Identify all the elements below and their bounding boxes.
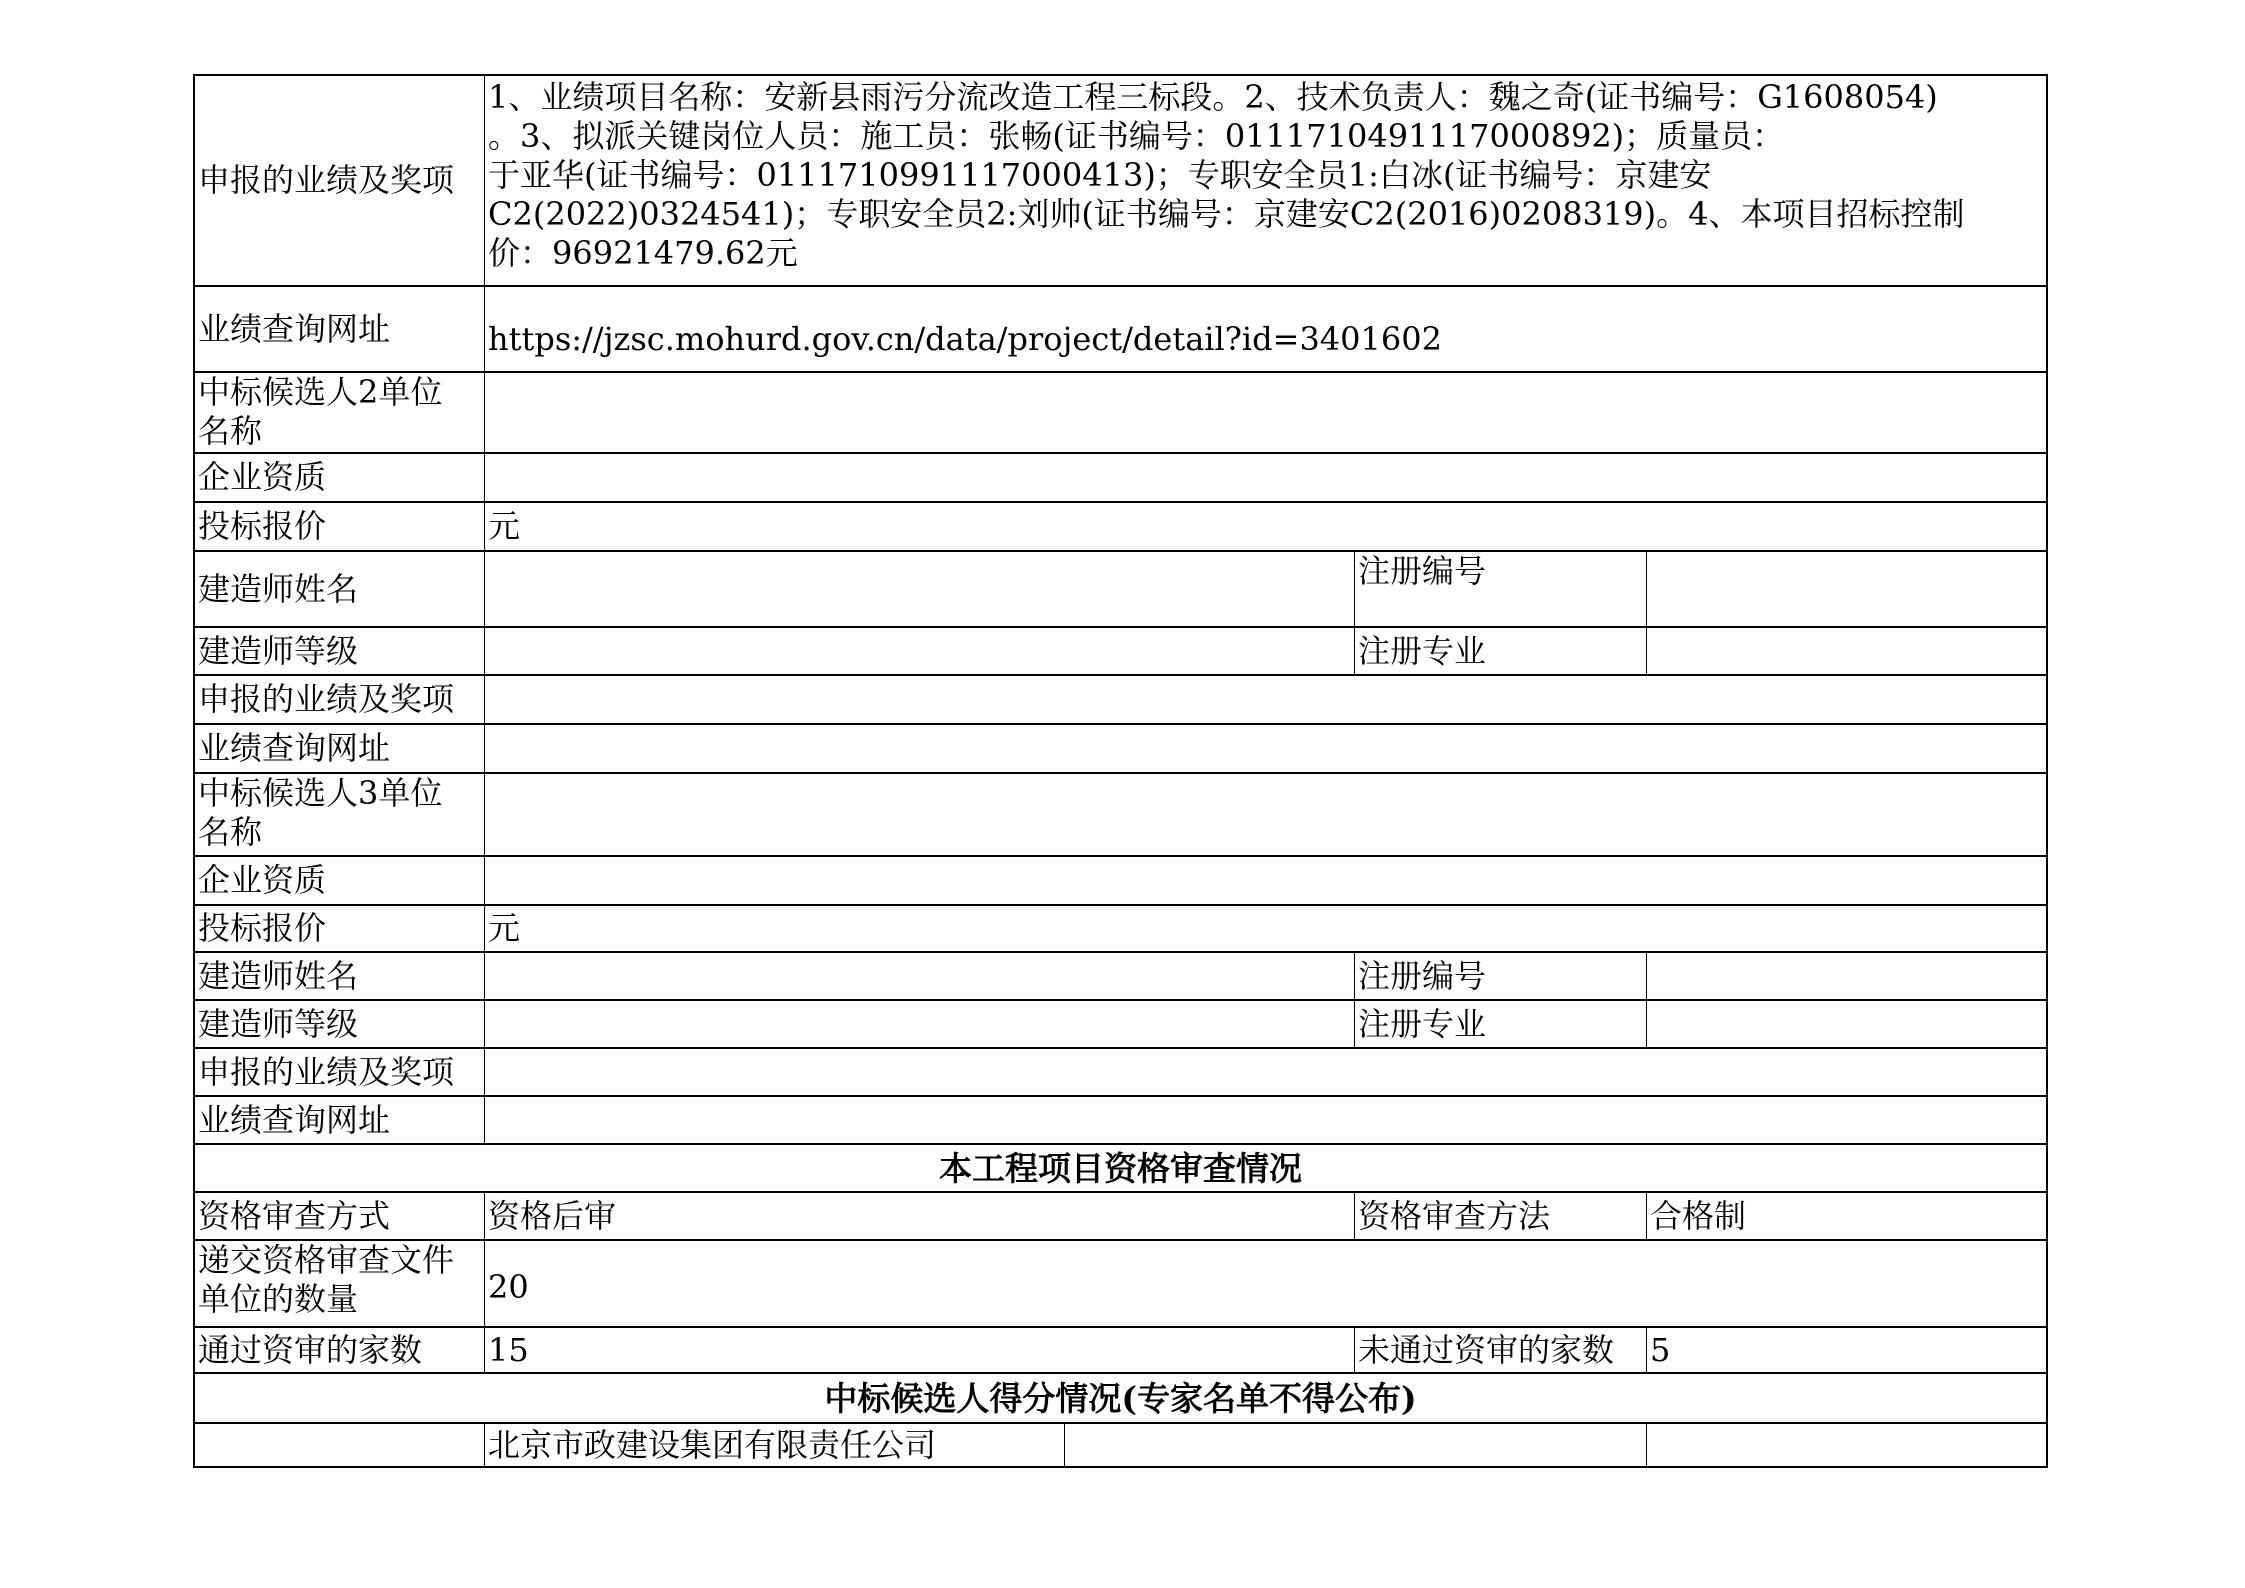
c2-qualification-label: 企业资质 [195, 454, 485, 501]
passed-label: 通过资审的家数 [195, 1328, 485, 1372]
c1-performance-value: 1、业绩项目名称：安新县雨污分流改造工程三标段。2、技术负责人：魏之奇(证书编号… [485, 76, 2046, 285]
review-mode-label: 资格审查方式 [195, 1193, 485, 1239]
c3-builder-level-label: 建造师等级 [195, 1001, 485, 1047]
scoring-row: 北京市政建设集团有限责任公司 [193, 1422, 2048, 1468]
c3-performance-value [485, 1049, 2046, 1095]
c2-bid-label: 投标报价 [195, 503, 485, 550]
c3-builder-level-value [485, 1001, 1355, 1047]
c3-builder-level-row: 建造师等级 注册专业 [193, 999, 2048, 1047]
c3-reg-no-value [1647, 953, 2046, 999]
scoring-company-name: 北京市政建设集团有限责任公司 [485, 1424, 1065, 1466]
scoring-cell-2 [1065, 1424, 1647, 1466]
failed-label: 未通过资审的家数 [1355, 1328, 1647, 1372]
c2-bid-value: 元 [485, 503, 2046, 550]
submitted-count-row: 递交资格审查文件 单位的数量 20 [193, 1239, 2048, 1326]
c3-performance-label: 申报的业绩及奖项 [195, 1049, 485, 1095]
c3-bid-label: 投标报价 [195, 906, 485, 951]
c2-name-label: 中标候选人2单位 名称 [195, 373, 485, 452]
scoring-cell-3 [1647, 1424, 2046, 1466]
submitted-count-value: 20 [485, 1241, 2046, 1326]
c3-name-value [485, 774, 2046, 855]
c1-url-label: 业绩查询网址 [195, 287, 485, 371]
c3-url-row: 业绩查询网址 [193, 1095, 2048, 1143]
performance-line: C2(2022)0324541)；专职安全员2:刘帅(证书编号：京建安C2(20… [488, 195, 2043, 234]
c2-qualification-value [485, 454, 2046, 501]
c2-qualification-row: 企业资质 [193, 452, 2048, 501]
c3-builder-name-row: 建造师姓名 注册编号 [193, 951, 2048, 999]
c2-builder-level-value [485, 628, 1355, 674]
passed-value: 15 [485, 1328, 1355, 1372]
label-line: 中标候选人3单位 [198, 774, 481, 813]
scoring-cell-0 [195, 1424, 485, 1466]
c2-builder-name-row: 建造师姓名 注册编号 [193, 550, 2048, 626]
c3-qualification-value [485, 857, 2046, 904]
c3-qualification-label: 企业资质 [195, 857, 485, 904]
c3-url-value [485, 1097, 2046, 1143]
c1-url-link[interactable]: https://jzsc.mohurd.gov.cn/data/project/… [485, 287, 2046, 371]
c3-name-row: 中标候选人3单位 名称 [193, 772, 2048, 855]
c3-bid-value: 元 [485, 906, 2046, 951]
label-line: 名称 [198, 412, 481, 451]
c3-builder-name-value [485, 953, 1355, 999]
c1-performance-row: 申报的业绩及奖项 1、业绩项目名称：安新县雨污分流改造工程三标段。2、技术负责人… [193, 74, 2048, 285]
c2-name-value [485, 373, 2046, 452]
c2-url-row: 业绩查询网址 [193, 723, 2048, 772]
scoring-heading-row: 中标候选人得分情况(专家名单不得公布) [193, 1372, 2048, 1422]
c3-name-label: 中标候选人3单位 名称 [195, 774, 485, 855]
c2-url-value [485, 725, 2046, 772]
bid-result-table: 申报的业绩及奖项 1、业绩项目名称：安新县雨污分流改造工程三标段。2、技术负责人… [193, 74, 2048, 1468]
label-line: 单位的数量 [198, 1280, 481, 1319]
c2-name-row: 中标候选人2单位 名称 [193, 371, 2048, 452]
c2-bid-row: 投标报价 元 [193, 501, 2048, 550]
c2-builder-level-row: 建造师等级 注册专业 [193, 626, 2048, 674]
c3-builder-name-label: 建造师姓名 [195, 953, 485, 999]
c2-reg-no-label: 注册编号 [1355, 552, 1647, 626]
c2-reg-major-label: 注册专业 [1355, 628, 1647, 674]
qualification-heading: 本工程项目资格审查情况 [195, 1145, 2046, 1191]
submitted-count-label: 递交资格审查文件 单位的数量 [195, 1241, 485, 1326]
c2-builder-name-label: 建造师姓名 [195, 552, 485, 626]
review-method-value: 合格制 [1647, 1193, 2046, 1239]
pass-count-row: 通过资审的家数 15 未通过资审的家数 5 [193, 1326, 2048, 1372]
c2-url-label: 业绩查询网址 [195, 725, 485, 772]
c2-builder-name-value [485, 552, 1355, 626]
c2-reg-no-value [1647, 552, 2046, 626]
c3-url-label: 业绩查询网址 [195, 1097, 485, 1143]
review-method-label: 资格审查方法 [1355, 1193, 1647, 1239]
c3-reg-no-label: 注册编号 [1355, 953, 1647, 999]
c1-performance-label: 申报的业绩及奖项 [195, 76, 485, 285]
label-line: 递交资格审查文件 [198, 1241, 481, 1280]
c2-reg-major-value [1647, 628, 2046, 674]
c1-url-row: 业绩查询网址 https://jzsc.mohurd.gov.cn/data/p… [193, 285, 2048, 371]
performance-line: 。3、拟派关键岗位人员：施工员：张畅(证书编号：0111710491117000… [488, 117, 2043, 156]
label-line: 名称 [198, 813, 481, 852]
performance-line: 1、业绩项目名称：安新县雨污分流改造工程三标段。2、技术负责人：魏之奇(证书编号… [488, 78, 2043, 117]
c2-builder-level-label: 建造师等级 [195, 628, 485, 674]
c3-reg-major-label: 注册专业 [1355, 1001, 1647, 1047]
performance-line: 于亚华(证书编号：0111710991117000413)；专职安全员1:白冰(… [488, 156, 2043, 195]
performance-line: 价：96921479.62元 [488, 234, 2043, 273]
c3-reg-major-value [1647, 1001, 2046, 1047]
qualification-heading-row: 本工程项目资格审查情况 [193, 1143, 2048, 1191]
c3-bid-row: 投标报价 元 [193, 904, 2048, 951]
c3-performance-row: 申报的业绩及奖项 [193, 1047, 2048, 1095]
failed-value: 5 [1647, 1328, 2046, 1372]
c3-qualification-row: 企业资质 [193, 855, 2048, 904]
review-mode-row: 资格审查方式 资格后审 资格审查方法 合格制 [193, 1191, 2048, 1239]
label-line: 中标候选人2单位 [198, 373, 481, 412]
review-mode-value: 资格后审 [485, 1193, 1355, 1239]
scoring-heading: 中标候选人得分情况(专家名单不得公布) [195, 1374, 2046, 1422]
c2-performance-label: 申报的业绩及奖项 [195, 676, 485, 723]
c2-performance-row: 申报的业绩及奖项 [193, 674, 2048, 723]
c2-performance-value [485, 676, 2046, 723]
